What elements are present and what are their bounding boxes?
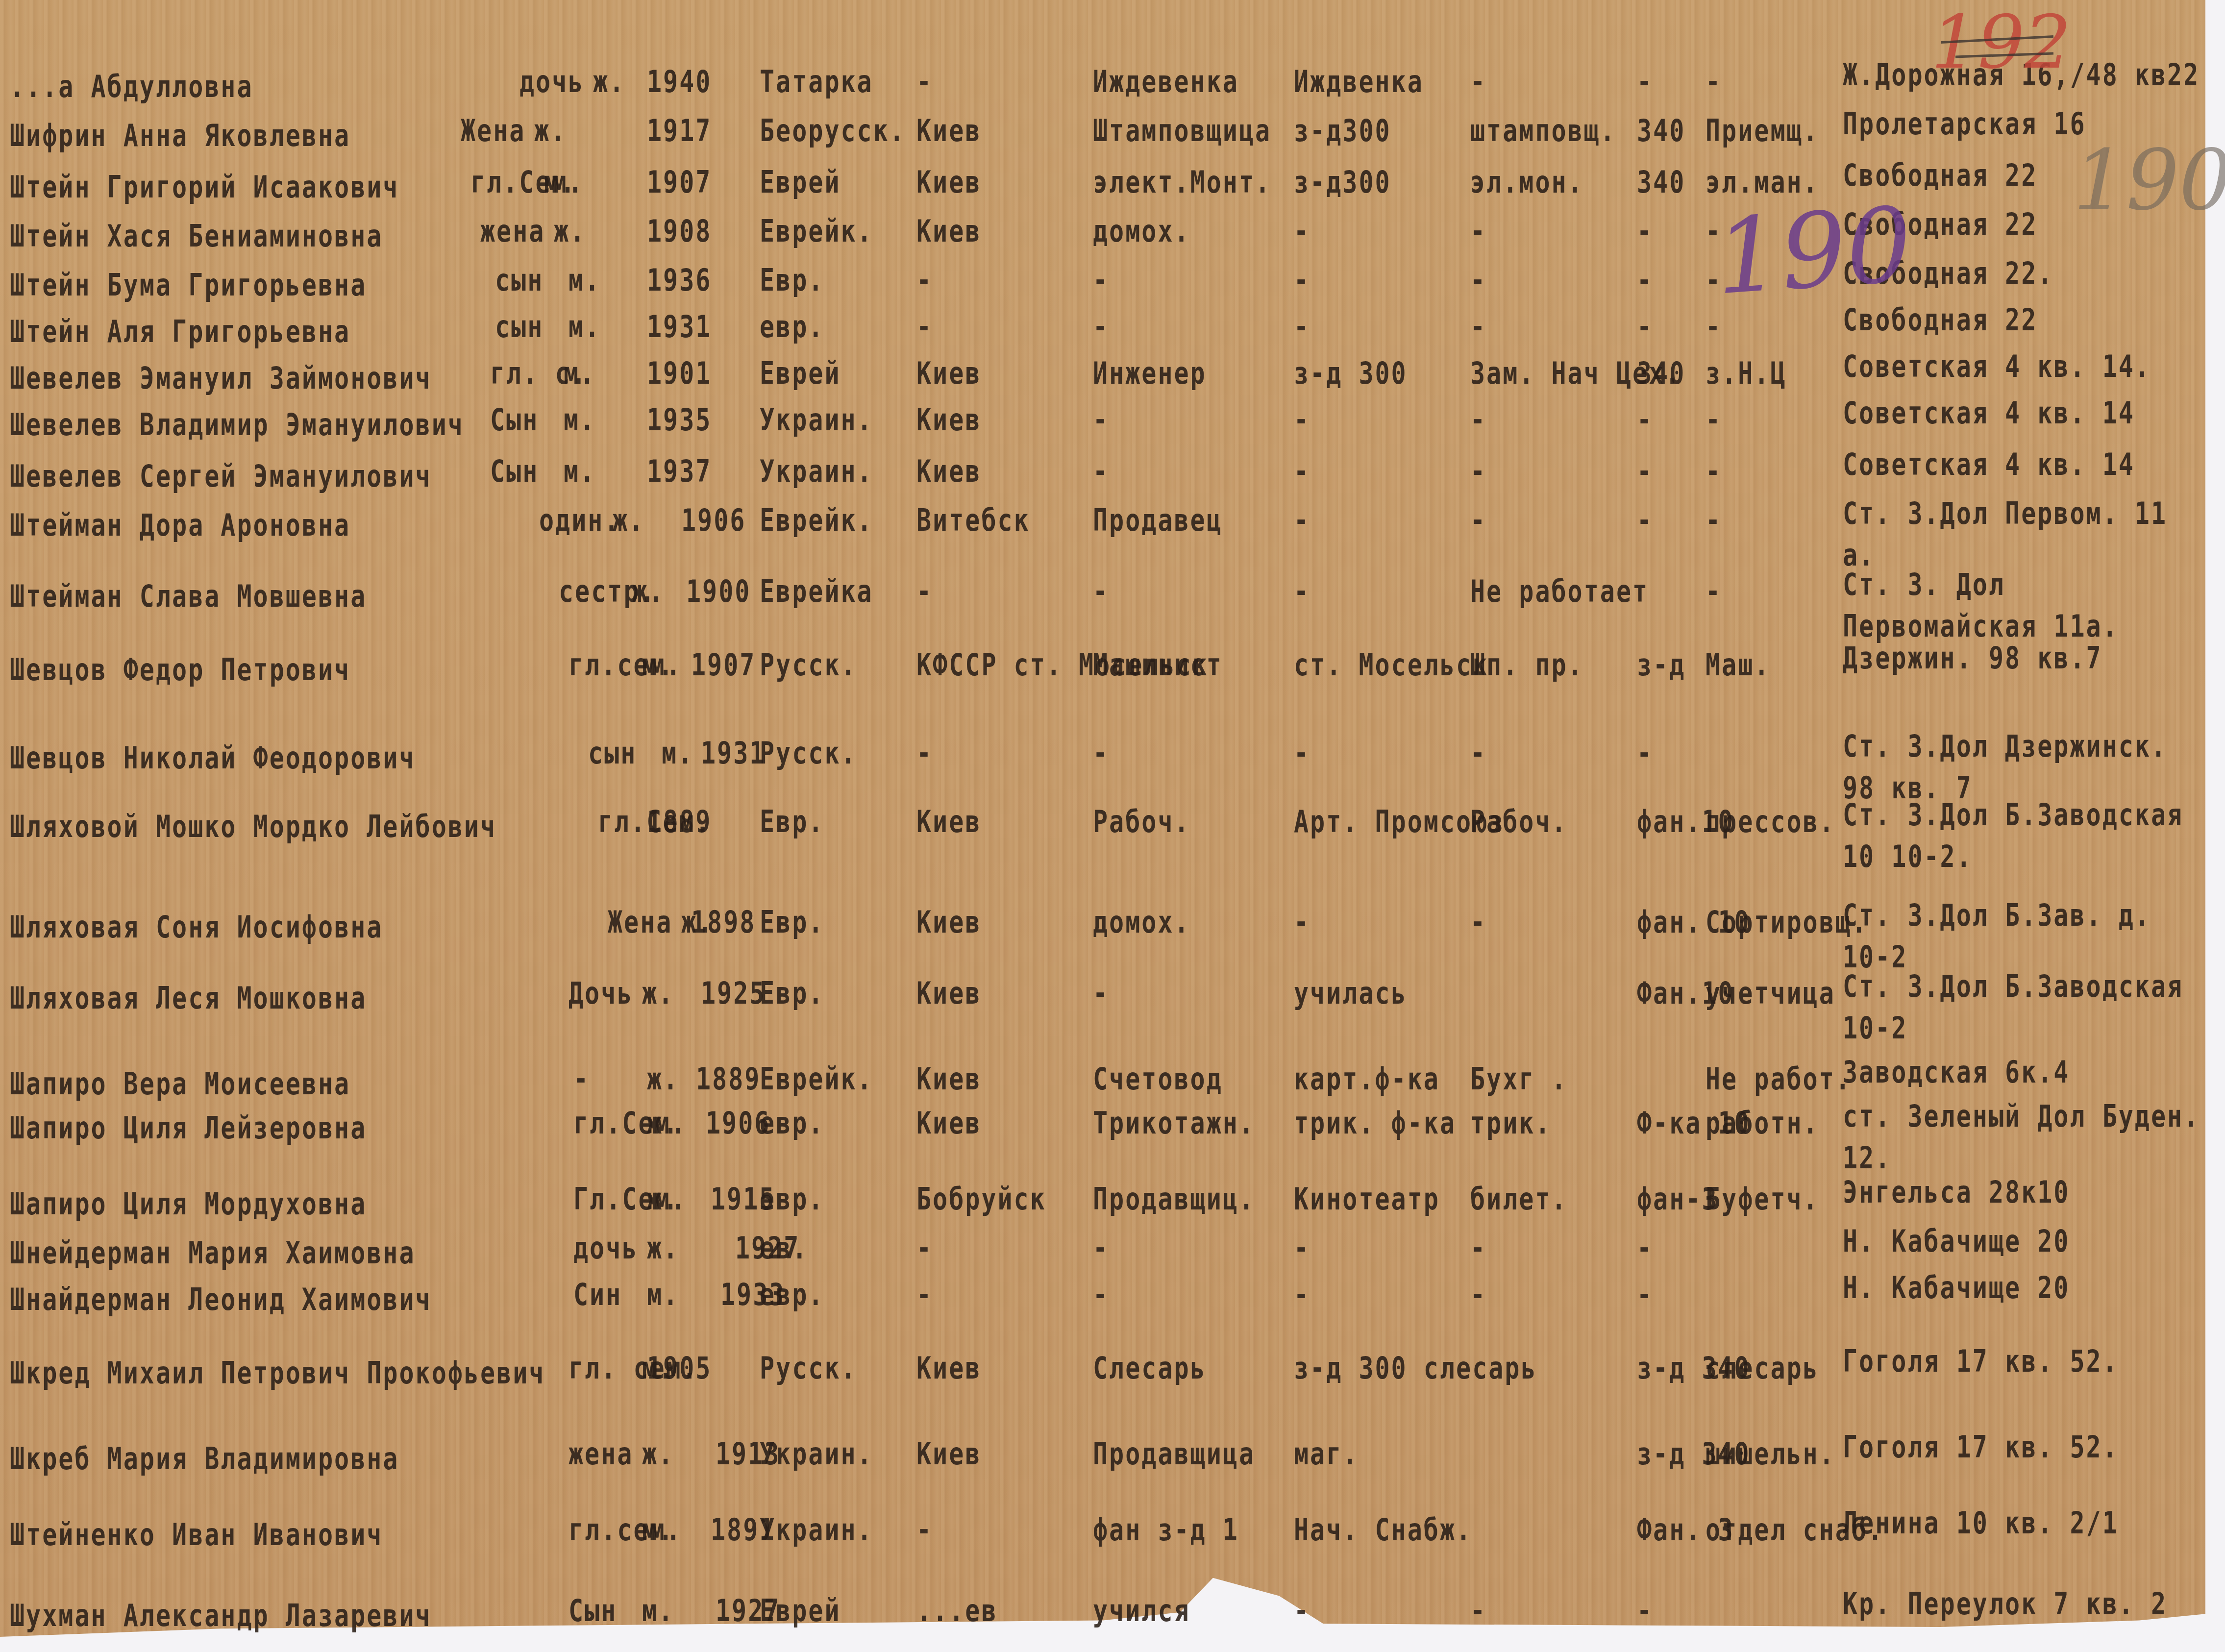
cell-address: Дзержин. 98 кв.7 xyxy=(1843,637,2215,679)
cell-address: Советская 4 кв. 14 xyxy=(1843,392,2215,434)
cell-workplace: - xyxy=(1294,262,1310,298)
cell-sex: ж. xyxy=(632,573,665,609)
page-number-pencil: 190 xyxy=(2073,132,2225,229)
cell-status: сын xyxy=(495,309,544,345)
cell-nationality: Евр. xyxy=(760,804,824,839)
cell-c7: Бухг . xyxy=(1470,1061,1568,1097)
cell-sex: м. xyxy=(662,735,694,771)
cell-workplace: з-д 300 xyxy=(1294,355,1408,391)
cell-status: дочь xyxy=(573,1230,638,1266)
cell-nationality: Украин. xyxy=(760,402,873,438)
cell-address: Н. Кабачище 20 xyxy=(1843,1267,2215,1308)
cell-sex: м. xyxy=(569,309,601,345)
cell-sex: ж. xyxy=(647,1230,679,1266)
cell-nationality: Татарка xyxy=(760,64,873,99)
cell-birthplace: - xyxy=(916,735,933,771)
cell-nationality: Украин. xyxy=(760,1436,873,1472)
cell-workplace: - xyxy=(1294,309,1310,345)
cell-year: 1905 xyxy=(647,1350,712,1386)
cell-c8: - xyxy=(1637,213,1653,249)
cell-status: Сын xyxy=(490,453,539,489)
cell-c9: шишельн. xyxy=(1706,1436,1835,1472)
cell-birthplace: Киев xyxy=(916,113,981,148)
cell-workplace: трик. ф-ка xyxy=(1294,1105,1456,1141)
cell-status: жена xyxy=(480,213,545,249)
cell-nationality: Еврей xyxy=(760,164,841,200)
cell-occupation: - xyxy=(1093,453,1109,489)
cell-status: сын xyxy=(495,262,544,298)
cell-address: Заводская 6к.4 xyxy=(1843,1051,2215,1093)
cell-birthplace: Киев xyxy=(916,213,981,249)
cell-nationality: Еврейка xyxy=(760,573,873,609)
cell-nationality: Евр. xyxy=(760,904,824,940)
cell-c8: - xyxy=(1637,1230,1653,1266)
cell-occupation: Инженер xyxy=(1093,355,1207,391)
cell-occupation: Слесарь xyxy=(1093,1350,1207,1386)
cell-sex: м. xyxy=(642,1512,674,1548)
cell-occupation: - xyxy=(1093,735,1109,771)
cell-sex: ж. xyxy=(647,1181,679,1217)
cell-birthplace: - xyxy=(916,1230,933,1266)
cell-year: 1889 xyxy=(647,804,712,839)
cell-occupation: Продавец xyxy=(1093,502,1223,538)
cell-status: - xyxy=(573,1061,590,1097)
cell-occupation: - xyxy=(1093,309,1109,345)
cell-sex: ж. xyxy=(613,502,645,538)
cell-name: Шапиро Вера Моисеевна xyxy=(10,1066,350,1102)
cell-name: Шкред Михаил Петрович Прокофьевич xyxy=(10,1355,545,1391)
cell-c9: - xyxy=(1706,402,1722,438)
cell-occupation: - xyxy=(1093,1230,1109,1266)
cell-c9: - xyxy=(1706,453,1722,489)
cell-c7: - xyxy=(1470,502,1486,538)
cell-workplace: з-д300 xyxy=(1294,164,1391,200)
cell-birthplace: Бобруйск xyxy=(916,1181,1046,1217)
cell-status: Жена xyxy=(608,904,672,940)
cell-birthplace: - xyxy=(916,309,933,345)
cell-c8: 340 xyxy=(1637,355,1685,391)
cell-birthplace: Киев xyxy=(916,804,981,839)
cell-workplace: - xyxy=(1294,502,1310,538)
cell-c7: Не работает xyxy=(1470,573,1649,609)
cell-c7: - xyxy=(1470,64,1486,99)
cell-year: 1889 xyxy=(696,1061,761,1097)
cell-birthplace: Киев xyxy=(916,453,981,489)
cell-address: Советская 4 кв. 14 xyxy=(1843,444,2215,485)
cell-birthplace: Киев xyxy=(916,1436,981,1472)
cell-year: 1931 xyxy=(701,735,766,771)
cell-name: Шухман Александр Лазаревич xyxy=(10,1598,432,1633)
cell-sex: м. xyxy=(564,355,596,391)
cell-workplace: Кинотеатр xyxy=(1294,1181,1440,1217)
cell-occupation: Продавщиц. xyxy=(1093,1181,1255,1217)
cell-year: 1940 xyxy=(647,64,712,99)
cell-c7: - xyxy=(1470,1277,1486,1312)
cell-c7: - xyxy=(1470,735,1486,771)
cell-sex: ж. xyxy=(534,113,567,148)
cell-name: Шевелев Сергей Эмануилович xyxy=(10,458,432,494)
cell-occupation: элект.Монт. xyxy=(1093,164,1271,200)
cell-workplace: - xyxy=(1294,1230,1310,1266)
cell-occupation: - xyxy=(1093,402,1109,438)
cell-c8: - xyxy=(1637,735,1653,771)
cell-workplace: - xyxy=(1294,735,1310,771)
cell-c8: - xyxy=(1637,64,1653,99)
cell-address: Ст. З.Дол Б.Заводская 10 10-2. xyxy=(1843,794,2215,877)
cell-occupation: Продавщица xyxy=(1093,1436,1255,1472)
cell-name: Шляховая Леся Мошковна xyxy=(10,980,367,1016)
cell-sex: ж. xyxy=(554,213,586,249)
cell-address: ст. Зеленый Дол Буден. 12. xyxy=(1843,1095,2215,1179)
cell-address: Гоголя 17 кв. 52. xyxy=(1843,1340,2215,1382)
cell-nationality: евр. xyxy=(760,1105,824,1141)
cell-birthplace: - xyxy=(916,573,933,609)
cell-name: Штейненко Иван Иванович xyxy=(10,1517,383,1553)
cell-c7: штамповщ. xyxy=(1470,113,1616,148)
cell-workplace: з-д 300 слесарь xyxy=(1294,1350,1537,1386)
cell-address: Ст. З. Дол Первомайская 11а. xyxy=(1843,564,2215,647)
cell-nationality: Еврейк. xyxy=(760,213,873,249)
cell-c9: - xyxy=(1706,573,1722,609)
cell-c7: - xyxy=(1470,309,1486,345)
cell-c7: - xyxy=(1470,904,1486,940)
cell-status: Син xyxy=(573,1277,622,1312)
cell-status: один. xyxy=(539,502,620,538)
cell-occupation: - xyxy=(1093,1277,1109,1312)
cell-address: Ст. З.Дол Б.Заводская 10-2 xyxy=(1843,965,2215,1049)
cell-occupation: - xyxy=(1093,262,1109,298)
cell-status: Дочь xyxy=(569,975,633,1011)
cell-birthplace: Киев xyxy=(916,1061,981,1097)
cell-name: Шляховая Соня Иосифовна xyxy=(10,909,383,945)
cell-workplace: - xyxy=(1294,453,1310,489)
cell-name: Шапиро Циля Мордуховна xyxy=(10,1186,367,1222)
cell-c8: - xyxy=(1637,502,1653,538)
cell-address: Кр. Переулок 7 кв. 2 xyxy=(1843,1583,2215,1625)
cell-birthplace: Киев xyxy=(916,402,981,438)
cell-c8: - xyxy=(1637,1593,1653,1628)
cell-status: Сын xyxy=(490,402,539,438)
cell-occupation: домох. xyxy=(1093,904,1190,940)
cell-sex: м. xyxy=(642,1593,674,1628)
cell-occupation: Счетовод xyxy=(1093,1061,1223,1097)
cell-sex: ж. xyxy=(642,1436,674,1472)
page-number-purple: 190 xyxy=(1711,184,1916,318)
cell-workplace: Иждвенка xyxy=(1294,64,1424,99)
cell-address: Н. Кабачище 20 xyxy=(1843,1220,2215,1262)
cell-workplace: - xyxy=(1294,1593,1310,1628)
cell-birthplace: - xyxy=(916,1277,933,1312)
cell-year: 1936 xyxy=(647,262,712,298)
cell-c9: Буфетч. xyxy=(1706,1181,1819,1217)
cell-c7: - xyxy=(1470,213,1486,249)
cell-workplace: Нач. Снабж. xyxy=(1294,1512,1472,1548)
cell-name: Штейн Бума Григорьевна xyxy=(10,267,367,303)
cell-nationality: евр. xyxy=(760,309,824,345)
cell-c9: - xyxy=(1706,502,1722,538)
cell-sex: ж. xyxy=(647,1061,679,1097)
cell-c7: трик. xyxy=(1470,1105,1552,1141)
cell-birthplace: - xyxy=(916,64,933,99)
cell-name: Шевцов Федор Петрович xyxy=(10,652,350,688)
cell-birthplace: ...ев xyxy=(916,1593,998,1628)
cell-birthplace: - xyxy=(916,1512,933,1548)
cell-address: Энгельса 28к10 xyxy=(1843,1171,2215,1213)
cell-c8: - xyxy=(1637,402,1653,438)
cell-year: 1907 xyxy=(647,164,712,200)
cell-workplace: - xyxy=(1294,213,1310,249)
cell-c7: эл.мон. xyxy=(1470,164,1584,200)
cell-status: дочь xyxy=(519,64,584,99)
cell-nationality: евр. xyxy=(760,1277,824,1312)
cell-workplace: - xyxy=(1294,904,1310,940)
cell-sex: ж. xyxy=(642,975,674,1011)
cell-year: 1908 xyxy=(647,213,712,249)
cell-c9: слесарь xyxy=(1706,1350,1819,1386)
cell-c7: Шп. пр. xyxy=(1470,647,1584,683)
cell-workplace: ст. Мосельск xyxy=(1294,647,1488,683)
cell-nationality: Украин. xyxy=(760,1512,873,1548)
cell-name: Шевцов Николай Феодорович xyxy=(10,740,416,776)
cell-year: 1917 xyxy=(647,113,712,148)
cell-nationality: ев. xyxy=(760,1230,808,1266)
cell-status: Сын xyxy=(569,1593,617,1628)
cell-sex: ж. xyxy=(593,64,625,99)
cell-sex: ж. xyxy=(647,1105,679,1141)
cell-birthplace: Киев xyxy=(916,1105,981,1141)
cell-workplace: училась xyxy=(1294,975,1408,1011)
cell-nationality: Еврей xyxy=(760,355,841,391)
cell-name: Шифрин Анна Яковлевна xyxy=(10,118,350,153)
cell-address: Ленина 10 кв. 2/1 xyxy=(1843,1502,2215,1544)
cell-c9: з.Н.Ц xyxy=(1706,355,1787,391)
cell-year: 1906 xyxy=(681,502,746,538)
cell-c8: 340 xyxy=(1637,164,1685,200)
cell-status: Жена xyxy=(461,113,525,148)
cell-workplace: з-д300 xyxy=(1294,113,1391,148)
cell-occupation: Рабоч. xyxy=(1093,804,1190,839)
cell-name: Штейн Григорий Исаакович xyxy=(10,169,399,205)
cell-birthplace: - xyxy=(916,262,933,298)
cell-name: ...а Абдулловна xyxy=(10,69,253,104)
cell-year: 1937 xyxy=(647,453,712,489)
cell-occupation: домох. xyxy=(1093,213,1190,249)
cell-c8: з-д xyxy=(1637,647,1685,683)
cell-nationality: евр. xyxy=(760,1181,824,1217)
cell-c9: Приемщ. xyxy=(1706,113,1819,148)
cell-c8: - xyxy=(1637,309,1653,345)
cell-c7: Рабоч. xyxy=(1470,804,1568,839)
cell-status: жена xyxy=(569,1436,633,1472)
cell-c9: прессов. xyxy=(1706,804,1835,839)
cell-sex: м. xyxy=(569,262,601,298)
cell-name: Шевелев Владимир Эмануилович xyxy=(10,407,464,443)
cell-nationality: Украин. xyxy=(760,453,873,489)
cell-nationality: Беорусск. xyxy=(760,113,906,148)
cell-c7: билет. xyxy=(1470,1181,1568,1217)
cell-c8: - xyxy=(1637,1277,1653,1312)
cell-workplace: - xyxy=(1294,1277,1310,1312)
cell-status: сын xyxy=(588,735,637,771)
cell-occupation: Штамповщица xyxy=(1093,113,1271,148)
cell-occupation: Машинист xyxy=(1093,647,1223,683)
cell-sex: м. xyxy=(544,164,576,200)
cell-occupation: Иждевенка xyxy=(1093,64,1239,99)
cell-address: Гоголя 17 кв. 52. xyxy=(1843,1426,2215,1468)
cell-nationality: Русск. xyxy=(760,735,857,771)
cell-name: Шнейдерман Мария Хаимовна xyxy=(10,1235,416,1271)
cell-birthplace: Витебск xyxy=(916,502,1030,538)
cell-c9: Маш. xyxy=(1706,647,1770,683)
cell-occupation: - xyxy=(1093,573,1109,609)
cell-birthplace: Киев xyxy=(916,1350,981,1386)
cell-c9: работн. xyxy=(1706,1105,1819,1141)
cell-name: Шнайдерман Леонид Хаимович xyxy=(10,1282,432,1317)
cell-name: Штейман Слава Мовшевна xyxy=(10,578,367,614)
cell-c7: - xyxy=(1470,1230,1486,1266)
cell-year: 1931 xyxy=(647,309,712,345)
cell-year: 1925 xyxy=(701,975,766,1011)
cell-workplace: маг. xyxy=(1294,1436,1359,1472)
cell-year: 1900 xyxy=(686,573,751,609)
cell-year: 1935 xyxy=(647,402,712,438)
cell-birthplace: Киев xyxy=(916,164,981,200)
cell-name: Шапиро Циля Лейзеровна xyxy=(10,1110,367,1146)
cell-sex: м. xyxy=(564,453,596,489)
cell-sex: м. xyxy=(564,402,596,438)
cell-c7: - xyxy=(1470,262,1486,298)
cell-name: Штейман Дора Ароновна xyxy=(10,507,350,543)
cell-c8: - xyxy=(1637,453,1653,489)
cell-occupation: фан з-д 1 xyxy=(1093,1512,1239,1548)
cell-name: Штейн Аля Григорьевна xyxy=(10,314,350,349)
cell-c9: - xyxy=(1706,64,1722,99)
cell-address: Советская 4 кв. 14. xyxy=(1843,345,2215,387)
cell-sex: м. xyxy=(647,1277,679,1312)
cell-c8: - xyxy=(1637,262,1653,298)
cell-c7: - xyxy=(1470,453,1486,489)
cell-workplace: карт.ф-ка xyxy=(1294,1061,1440,1097)
cell-occupation: учился xyxy=(1093,1593,1190,1628)
cell-c9: учетчица xyxy=(1706,975,1835,1011)
cell-c7: - xyxy=(1470,1593,1486,1628)
cell-year: 1901 xyxy=(647,355,712,391)
cell-nationality: Евр. xyxy=(760,975,824,1011)
cell-name: Шкреб Мария Владимировна xyxy=(10,1441,399,1477)
cell-nationality: Еврейк. xyxy=(760,502,873,538)
cell-year: 1907 xyxy=(691,647,756,683)
cell-nationality: Русск. xyxy=(760,1350,857,1386)
cell-nationality: Еврейк. xyxy=(760,1061,873,1097)
cell-workplace: - xyxy=(1294,402,1310,438)
cell-birthplace: Киев xyxy=(916,904,981,940)
cell-c9: Не работ. xyxy=(1706,1061,1852,1097)
cell-occupation: Трикотажн. xyxy=(1093,1105,1255,1141)
cell-year: 1898 xyxy=(691,904,756,940)
cell-name: Шевелев Эмануил Займонович xyxy=(10,360,432,396)
cell-name: Штейн Хася Бениаминовна xyxy=(10,218,383,254)
cell-workplace: - xyxy=(1294,573,1310,609)
cell-c8: 340 xyxy=(1637,113,1685,148)
cell-c7: - xyxy=(1470,402,1486,438)
cell-nationality: Русск. xyxy=(760,647,857,683)
cell-name: Шляховой Мошко Мордко Лейбович xyxy=(10,809,496,844)
cell-sex: м. xyxy=(642,647,674,683)
cell-birthplace: Киев xyxy=(916,975,981,1011)
cell-nationality: Евр. xyxy=(760,262,824,298)
cell-birthplace: Киев xyxy=(916,355,981,391)
cell-occupation: - xyxy=(1093,975,1109,1011)
cell-nationality: Еврей xyxy=(760,1593,841,1628)
